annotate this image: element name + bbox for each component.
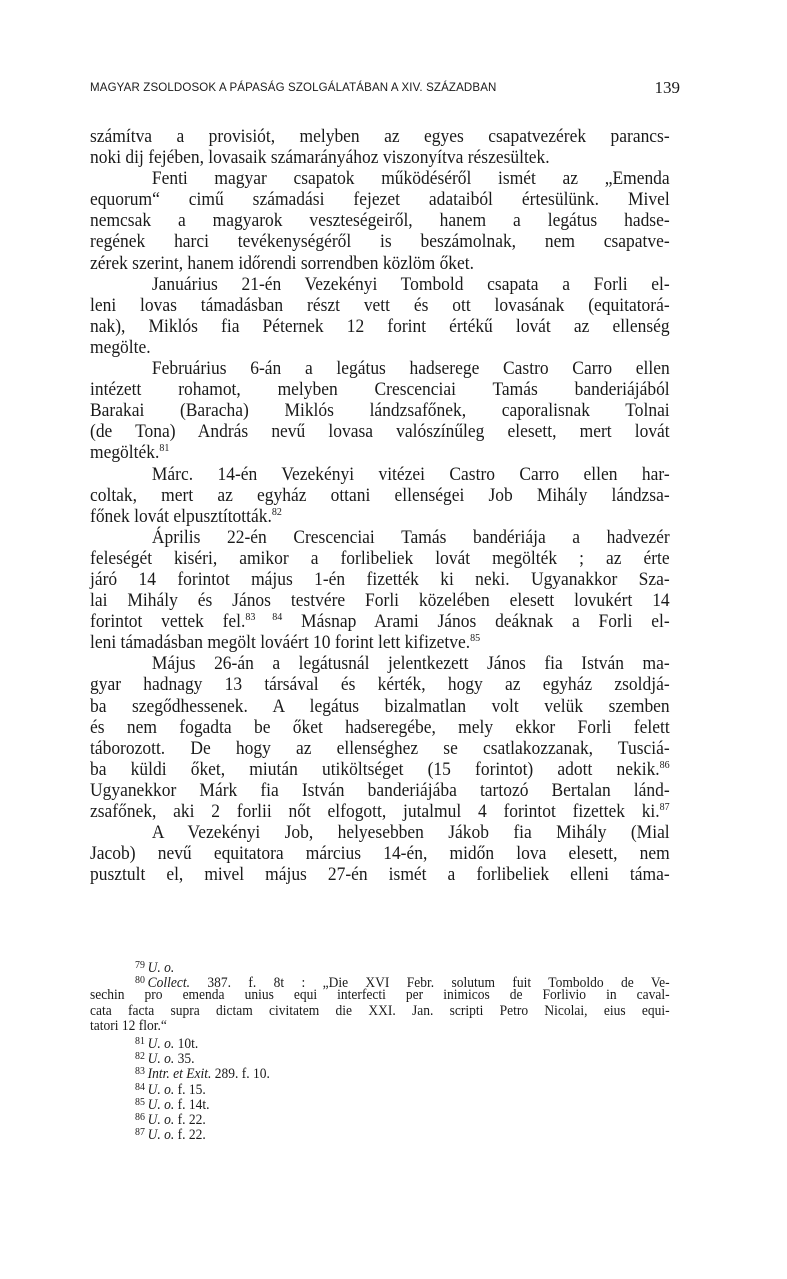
line-text: gyar hadnagy 13 társával és kérték, hogy…: [90, 674, 670, 695]
footnote: 85U. o. f. 14t.: [90, 1095, 670, 1110]
text-line: Április 22-én Crescenciai Tamás bandériá…: [90, 527, 670, 548]
text-line: leni lovas támadásban részt vett és ott …: [90, 295, 670, 316]
footnote: tatori 12 flor.“: [90, 1019, 670, 1034]
line-text: és nem fogadta be őket hadseregébe, mely…: [90, 717, 670, 738]
text-line: ba küldi őket, miután utiköltséget (15 f…: [90, 759, 670, 780]
footnote-number: 81: [135, 1035, 145, 1047]
line-text: járó 14 forintot május 1-én fizették ki …: [90, 569, 670, 590]
footnote: 84U. o. f. 15.: [90, 1080, 670, 1095]
text-line: zsafőnek, aki 2 forlii nőt elfogott, jut…: [90, 801, 670, 822]
text-line: coltak, mert az egyház ottani ellenségei…: [90, 485, 670, 506]
line-text: zsafőnek, aki 2 forlii nőt elfogott, jut…: [90, 801, 660, 822]
footnote: 86U. o. f. 22.: [90, 1110, 670, 1125]
line-text: ba szegődhessenek. A legátus bizalmatlan…: [90, 696, 670, 717]
text-line: számítva a provisiót, melyben az egyes c…: [90, 126, 670, 147]
line-text: forintot vettek fel.: [90, 611, 245, 632]
text-line: nak), Miklós fia Péternek 12 forint érté…: [90, 316, 670, 337]
line-text: Április 22-én Crescenciai Tamás bandériá…: [152, 527, 670, 548]
footnote-number: 85: [135, 1096, 145, 1108]
text-line: Május 26-án a legátusnál jelentkezett Já…: [90, 653, 670, 674]
footnote-number: 82: [135, 1050, 145, 1062]
text-line: megölte.: [90, 337, 670, 358]
line-text: pusztult el, mivel május 27-én ismét a f…: [90, 864, 670, 885]
footnote: 87U. o. f. 22.: [90, 1125, 670, 1140]
line-text: noki dij fejében, lovasaik számarányához…: [90, 147, 550, 168]
line-text: Május 26-án a legátusnál jelentkezett Já…: [152, 653, 670, 674]
line-text: Jacob) nevű equitatora március 14-én, mi…: [90, 843, 670, 864]
text-line: járó 14 forintot május 1-én fizették ki …: [90, 569, 670, 590]
line-text: számítva a provisiót, melyben az egyes c…: [90, 126, 670, 147]
footnote-text: tatori 12 flor.“: [90, 1018, 167, 1034]
line-text: feleségét kiséri, amikor a forlibeliek l…: [90, 548, 670, 569]
footnote: sechin pro emenda unius equi interfecti …: [90, 988, 670, 1003]
line-text: leni támadásban megölt lováért 10 forint…: [90, 632, 470, 653]
line-text: regének harci tevékenységéről is beszámo…: [90, 231, 670, 252]
footnote-ref: 87: [660, 801, 670, 813]
footnote-text: f. 22.: [174, 1127, 206, 1143]
footnote-text: sechin pro emenda unius equi interfecti …: [90, 987, 670, 1003]
running-title: MAGYAR ZSOLDOSOK A PÁPASÁG SZOLGÁLATÁBAN…: [90, 80, 496, 94]
text-line: leni támadásban megölt lováért 10 forint…: [90, 632, 670, 653]
line-text: nak), Miklós fia Péternek 12 forint érté…: [90, 316, 670, 337]
line-text: lai Mihály és János testvére Forli közel…: [90, 590, 670, 611]
text-line: (de Tona) András nevű lovasa valószínűle…: [90, 421, 670, 442]
text-line: Fenti magyar csapatok működéséről ismét …: [90, 168, 670, 189]
text-line: Januárius 21-én Vezekényi Tombold csapat…: [90, 274, 670, 295]
text-line: ba szegődhessenek. A legátus bizalmatlan…: [90, 696, 670, 717]
footnote-ref: 86: [660, 759, 670, 771]
line-text: ba küldi őket, miután utiköltséget (15 f…: [90, 759, 660, 780]
line-text: táborozott. De hogy az ellenséghez se cs…: [90, 738, 670, 759]
text-line: regének harci tevékenységéről is beszámo…: [90, 231, 670, 252]
footnotes: 79U. o.80Collect. 387. f. 8t : „Die XVI …: [90, 958, 670, 1140]
footnote-number: 84: [135, 1081, 145, 1093]
text-line: intézett rohamot, melyben Crescenciai Ta…: [90, 379, 670, 400]
footnote-ref: 82: [272, 506, 282, 518]
line-text: megölte.: [90, 337, 151, 358]
text-line: főnek lovát elpusztították.82: [90, 506, 670, 527]
line-text: Barakai (Baracha) Miklós lándzsafőnek, c…: [90, 400, 670, 421]
line-text: (de Tona) András nevű lovasa valószínűle…: [90, 421, 670, 442]
footnote-text: cata facta supra dictam civitatem die XX…: [90, 1003, 670, 1019]
line-text: főnek lovát elpusztították.: [90, 506, 272, 527]
footnote-source: U. o.: [148, 1127, 175, 1143]
footnote: 80Collect. 387. f. 8t : „Die XVI Febr. s…: [90, 973, 670, 988]
text-line: megölték.81: [90, 442, 670, 463]
footnote: 82U. o. 35.: [90, 1049, 670, 1064]
body-text: számítva a provisiót, melyben az egyes c…: [90, 126, 670, 885]
line-text: coltak, mert az egyház ottani ellenségei…: [90, 485, 670, 506]
line-text: zérek szerint, hanem időrendi sorrendben…: [90, 253, 474, 274]
text-line: noki dij fejében, lovasaik számarányához…: [90, 147, 670, 168]
footnote: 79U. o.: [90, 958, 670, 973]
text-line: Jacob) nevű equitatora március 14-én, mi…: [90, 843, 670, 864]
footnote: 83Intr. et Exit. 289. f. 10.: [90, 1064, 670, 1079]
text-line: Ugyanekkor Márk fia István banderiájába …: [90, 780, 670, 801]
footnote-ref: 81: [159, 442, 169, 454]
line-text: Márc. 14-én Vezekényi vitézei Castro Car…: [152, 464, 670, 485]
line-text: equorum“ cimű számadási fejezet adataibó…: [90, 189, 670, 210]
line-text: A Vezekényi Job, helyesebben Jákob fia M…: [152, 822, 670, 843]
text-line: pusztult el, mivel május 27-én ismét a f…: [90, 864, 670, 885]
text-line: Februárius 6-án a legátus hadserege Cast…: [90, 358, 670, 379]
line-text-tail: Másnap Arami János deáknak a Forli el-: [282, 611, 669, 632]
footnote-ref: 85: [470, 632, 480, 644]
line-text: nemcsak a magyarok veszteségeiről, hanem…: [90, 210, 670, 231]
line-text: megölték.: [90, 442, 159, 463]
text-line: lai Mihály és János testvére Forli közel…: [90, 590, 670, 611]
line-text: leni lovas támadásban részt vett és ott …: [90, 295, 670, 316]
text-line: A Vezekényi Job, helyesebben Jákob fia M…: [90, 822, 670, 843]
footnote-number: 86: [135, 1111, 145, 1123]
footnote: 81U. o. 10t.: [90, 1034, 670, 1049]
text-line: forintot vettek fel.83 84 Másnap Arami J…: [90, 611, 670, 632]
text-line: és nem fogadta be őket hadseregébe, mely…: [90, 717, 670, 738]
footnote-number: 87: [135, 1126, 145, 1138]
text-line: feleségét kiséri, amikor a forlibeliek l…: [90, 548, 670, 569]
line-text: Februárius 6-án a legátus hadserege Cast…: [152, 358, 670, 379]
text-line: zérek szerint, hanem időrendi sorrendben…: [90, 253, 670, 274]
line-text: intézett rohamot, melyben Crescenciai Ta…: [90, 379, 670, 400]
footnote-number: 83: [135, 1065, 145, 1077]
footnote-ref: 83 84: [245, 611, 282, 623]
line-text: Januárius 21-én Vezekényi Tombold csapat…: [152, 274, 670, 295]
book-page: MAGYAR ZSOLDOSOK A PÁPASÁG SZOLGÁLATÁBAN…: [0, 0, 787, 1279]
line-text: Fenti magyar csapatok működéséről ismét …: [152, 168, 670, 189]
text-line: nemcsak a magyarok veszteségeiről, hanem…: [90, 210, 670, 231]
footnote-number: 80: [135, 974, 145, 986]
text-line: equorum“ cimű számadási fejezet adataibó…: [90, 189, 670, 210]
line-text: Ugyanekkor Márk fia István banderiájába …: [90, 780, 670, 801]
running-header: MAGYAR ZSOLDOSOK A PÁPASÁG SZOLGÁLATÁBAN…: [90, 78, 680, 102]
text-line: Barakai (Baracha) Miklós lándzsafőnek, c…: [90, 400, 670, 421]
footnote: cata facta supra dictam civitatem die XX…: [90, 1004, 670, 1019]
text-line: táborozott. De hogy az ellenséghez se cs…: [90, 738, 670, 759]
text-line: Márc. 14-én Vezekényi vitézei Castro Car…: [90, 464, 670, 485]
footnote-number: 79: [135, 959, 145, 971]
page-number: 139: [655, 78, 681, 98]
text-line: gyar hadnagy 13 társával és kérték, hogy…: [90, 674, 670, 695]
